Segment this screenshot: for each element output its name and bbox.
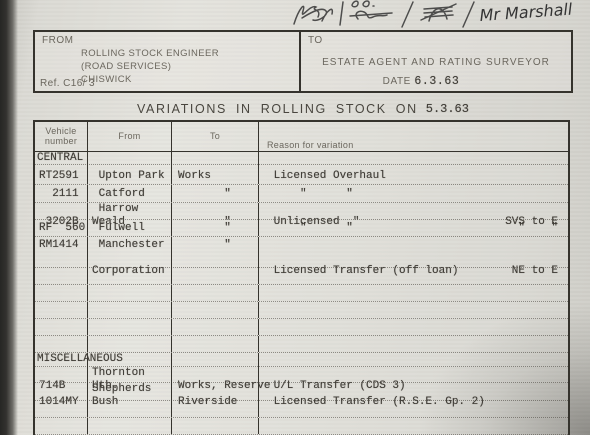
table-header-row: Vehicle number From To Reason for variat… — [35, 122, 568, 152]
table-empty-row — [35, 285, 568, 302]
table-section-row: CENTRAL — [35, 152, 568, 165]
title-date: 5.3.63 — [426, 102, 469, 116]
from-cell: Fulwell — [88, 220, 172, 236]
table-empty-row — [35, 418, 568, 435]
table-row: RF 560 Fulwell " " " " " — [35, 220, 568, 237]
table-empty-row — [35, 302, 568, 319]
separator-slash — [463, 2, 474, 27]
from-box: FROM ROLLING STOCK ENGINEER (ROAD SERVIC… — [35, 32, 301, 91]
vehicle-number-cell: RT2591 — [35, 165, 88, 184]
table-section-row: MISCELLANEOUS — [35, 353, 568, 367]
scribble-boxed-word — [424, 7, 453, 21]
section-label: MISCELLANEOUS — [35, 353, 88, 367]
reason-cell: Licensed Overhaul — [259, 165, 568, 184]
title-text: VARIATIONS IN ROLLING STOCK ON — [137, 102, 418, 116]
separator-slash — [402, 2, 413, 27]
table-empty-row — [35, 336, 568, 353]
ref-label: Ref. — [40, 78, 60, 89]
small-superscript-mark — [352, 1, 374, 7]
sender-line3: CHISWICK — [81, 73, 219, 86]
document-title: VARIATIONS IN ROLLING STOCK ON 5.3.63 — [33, 98, 573, 120]
from-cell: Upton Park — [88, 165, 172, 184]
from-cell: Catford — [88, 185, 172, 202]
table-row: 1014MY Shepherds Bush Riverside Licensed… — [35, 383, 568, 401]
sender-line1: ROLLING STOCK ENGINEER — [81, 47, 219, 60]
table-empty-row — [35, 401, 568, 418]
date-line: DATE 6.3.63 — [301, 75, 541, 88]
reason-cell: " " " " — [259, 220, 568, 236]
vehicle-number-cell: 2111 — [35, 185, 88, 202]
to-cell: " — [172, 220, 259, 236]
ref-value: C16/ 3 — [63, 78, 95, 89]
strike-line — [421, 4, 456, 20]
date-value: 6.3.63 — [414, 75, 459, 88]
reason-cell: " " — [259, 185, 568, 202]
recipient-name: ESTATE AGENT AND RATING SURVEYOR — [301, 57, 571, 68]
table-empty-row — [35, 268, 568, 285]
col-header-vehicle-number: Vehicle number — [35, 122, 88, 151]
to-cell: Works — [172, 165, 259, 184]
table-row: 3202B Harrow Weald " Unlicensed " SVS to… — [35, 203, 568, 220]
table-row: RT2591 Upton Park Works Licensed Overhau… — [35, 165, 568, 185]
sender-organisation: ROLLING STOCK ENGINEER (ROAD SERVICES) C… — [81, 47, 219, 86]
section-label: CENTRAL — [35, 152, 88, 166]
handwritten-name: Mr Marshall — [479, 0, 573, 25]
sender-line2: (ROAD SERVICES) — [81, 60, 219, 73]
to-label: TO — [308, 35, 323, 46]
col-header-reason: Reason for variation — [259, 122, 568, 151]
from-label: FROM — [42, 35, 73, 46]
date-label: DATE — [383, 76, 411, 87]
vehicle-number-cell: RF 560 — [35, 220, 88, 236]
table-row: RM1414 Manchester Corporation " Licensed… — [35, 237, 568, 268]
table-row: 714B Thornton Hth. Works, Reserve U/L Tr… — [35, 367, 568, 383]
variations-table: Vehicle number From To Reason for variat… — [33, 120, 570, 435]
scribble-initials — [294, 6, 332, 24]
memo-header-box: FROM ROLLING STOCK ENGINEER (ROAD SERVIC… — [33, 30, 573, 93]
handwritten-annotation: Mr Marshall — [286, 0, 588, 32]
to-box: TO ESTATE AGENT AND RATING SURVEYOR DATE… — [301, 32, 571, 91]
scanned-memo-page: { "annotations": { "handwritten_name": "… — [0, 0, 590, 435]
scan-edge-shadow — [0, 0, 18, 435]
separator-stroke — [340, 2, 343, 25]
table-empty-row — [35, 319, 568, 336]
to-cell: " — [172, 185, 259, 202]
col-header-to: To — [172, 122, 259, 151]
reference-line: Ref. C16/ 3 — [40, 78, 95, 89]
col-header-from: From — [88, 122, 172, 151]
table-row: 2111 Catford " " " — [35, 185, 568, 203]
